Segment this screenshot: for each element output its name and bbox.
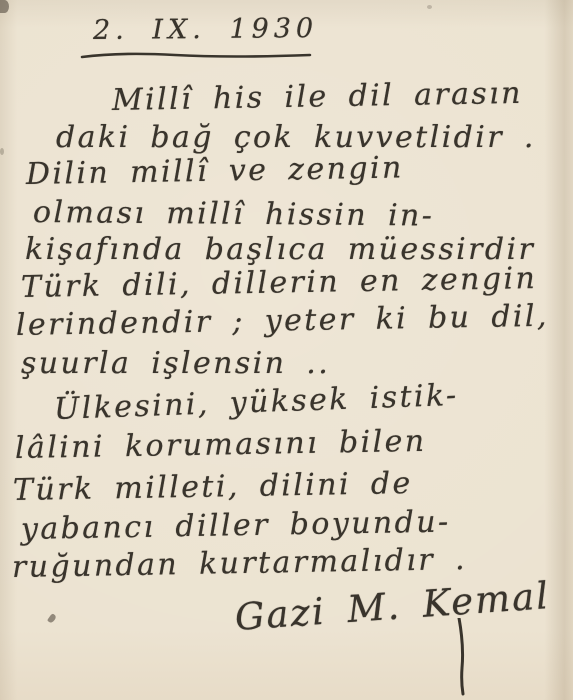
manuscript-page: 2. IX. 1930 Millî his ile dil arasın dak… (0, 0, 573, 700)
handwritten-line: şuurla işlensin .. (21, 347, 330, 380)
handwritten-line: Türk dili, dillerin en zengin (21, 262, 538, 304)
handwritten-line: kişafında başlıca müessirdir (25, 233, 535, 266)
paper-speck (0, 0, 9, 13)
handwritten-line: Türk milleti, dilini de (13, 467, 413, 507)
signature: Gazi M. Kemal (234, 576, 552, 639)
paper-speck (47, 613, 57, 624)
handwritten-line: daki bağ çok kuvvetlidir . (56, 121, 536, 154)
date: 2. IX. 1930 (93, 14, 318, 46)
handwritten-line: Dilin millî ve zengin (26, 151, 404, 191)
handwritten-line: olması millî hissin in- (33, 196, 435, 233)
paper-speck (0, 148, 4, 155)
handwritten-line: yabancı diller boyundu- (21, 506, 451, 546)
handwritten-line: lâlini korumasını bilen (15, 425, 427, 465)
paper-speck (427, 5, 432, 9)
handwritten-line: lerindendir ; yeter ki bu dil, (16, 300, 549, 342)
date-underline (80, 48, 315, 62)
handwritten-line: Millî his ile dil arasın (112, 77, 523, 117)
handwritten-line: Ülkesini, yüksek istik- (53, 379, 459, 426)
handwritten-line: ruğundan kurtarmalıdır . (12, 543, 467, 584)
signature-flourish (452, 618, 470, 696)
